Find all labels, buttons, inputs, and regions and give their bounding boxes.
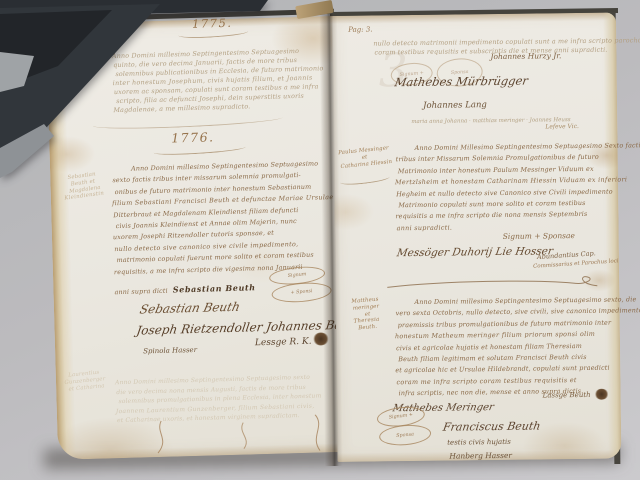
stamp-text: + Sponsi	[290, 289, 312, 296]
signum-stamp-sponsa-bottom: Sponsa	[378, 423, 431, 447]
entry-divider-flourish	[385, 275, 609, 294]
manuscript-photo: Pag: 2. 1775. Anno Domini millesimo Sept…	[0, 0, 640, 480]
stamp-cross: +	[409, 413, 414, 418]
entry-1776-closing: anni supra dicti Sebastian Beuth	[115, 275, 256, 298]
top-signature-3: Johannes Lang	[423, 100, 487, 111]
entry-meringer-paragraph: Anno Domini millesimo Septingentesimo Se…	[395, 294, 626, 399]
right-page: Pag: 3. nullo detecto matrimonii impedim…	[332, 13, 621, 462]
signature-row-2-right: Lessge R. K.	[255, 337, 312, 349]
stamp-cross: +	[290, 291, 294, 296]
stamp-text: Signum +	[389, 413, 414, 421]
stamp-text: Sponsa	[396, 432, 414, 438]
handwriting-line: infra scriptis, nec non die, mense et an…	[399, 386, 627, 400]
top-signature-2: Mathebes Mürbrügger	[394, 74, 529, 90]
attestation-signature: Lassge Beuth	[543, 391, 591, 400]
stamp-sponsus: Sponsi	[296, 289, 313, 295]
margin-note-flourish	[340, 173, 391, 187]
messinger-signature-main: Messöger Duhorij Lie Hosser	[396, 245, 554, 259]
page-number-right: Pag: 3.	[348, 26, 372, 34]
ink-knot	[595, 389, 609, 400]
stamp-signum: Signum	[389, 413, 408, 420]
dark-cover-corner-object	[0, 0, 290, 210]
stamp-text: Signum	[288, 272, 307, 279]
closing-name: Sebastian Beuth	[173, 282, 256, 294]
margin-note-meringer: MattheusmeringeretTheresiaBeuth.	[338, 295, 395, 333]
closing-prefix: anni supra dicti	[114, 287, 167, 296]
margin-note-ghost: LaurentiusGunzenbergeret Catharina	[57, 368, 113, 394]
signum-sponsae-line: Signum + Sponsae	[503, 231, 575, 241]
top-signature-right: Lefeve Vic.	[545, 123, 579, 130]
entry-messinger-paragraph: Anno Domini Millesimo Septingentesimo Se…	[396, 140, 623, 234]
meringer-signature-2: Franciscus Beuth	[442, 419, 542, 433]
margin-note-messinger: Paulus MessingeretCatharina Hiessin	[335, 145, 395, 171]
signature-row-1: Sebastian Beuth	[138, 300, 241, 317]
meringer-signature-3: testis civis hujatis	[447, 438, 511, 447]
top-signature-1: Johannes Hurzy Jr.	[490, 51, 561, 61]
signature-row-3: Spinola Hasser	[143, 346, 197, 355]
meringer-signature-4: Hanberg Hasser	[449, 451, 512, 461]
